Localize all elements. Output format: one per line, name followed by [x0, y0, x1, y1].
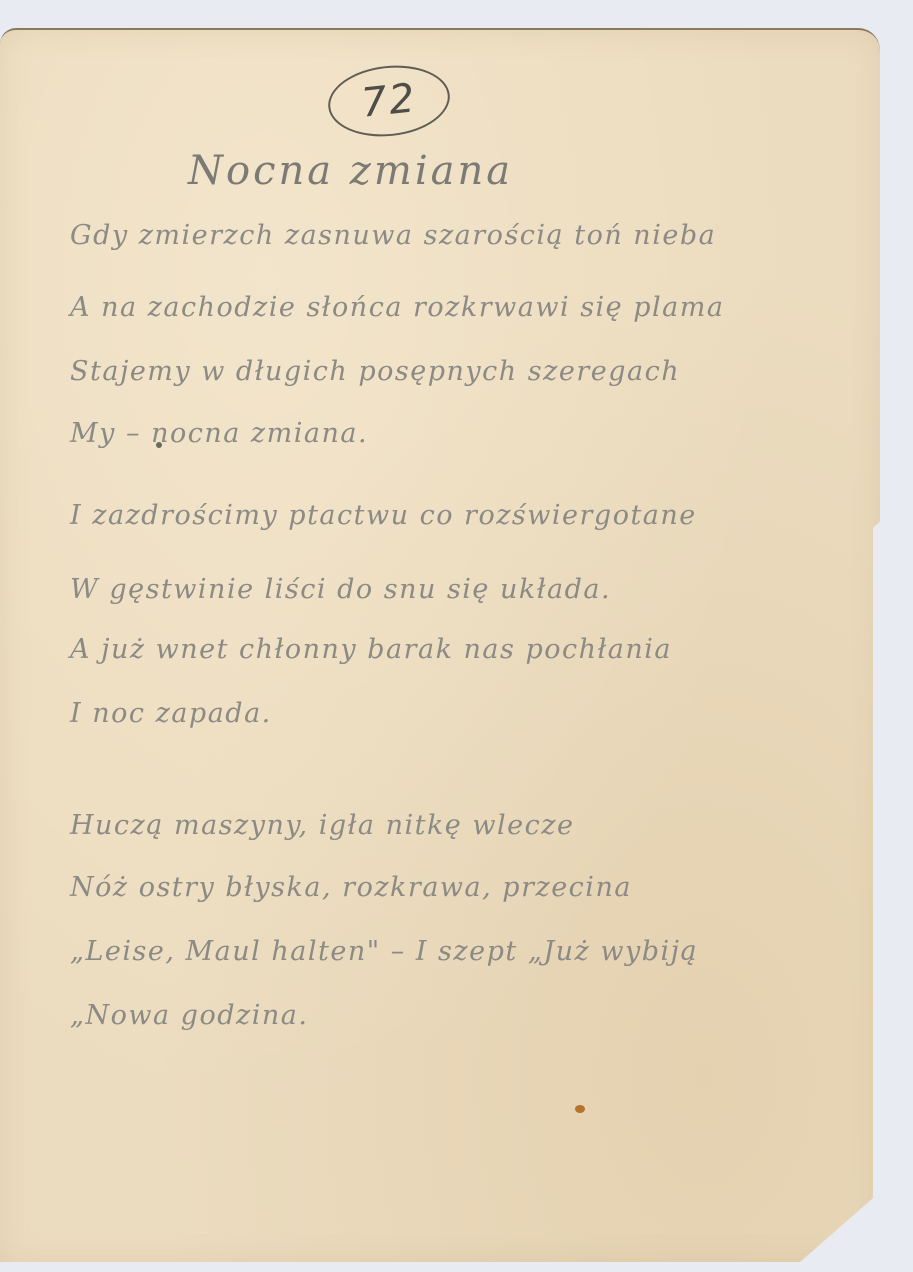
poem-line: „Nowa godzina. — [70, 1000, 308, 1031]
poem-line: Gdy zmierzch zasnuwa szarością toń nieba — [70, 220, 716, 251]
poem-line: Nóż ostry błyska, rozkrawa, przecina — [70, 872, 632, 903]
page-number: 72 — [359, 75, 418, 126]
poem-line: My – nocna zmiana. — [70, 418, 368, 449]
poem-line: Huczą maszyny, igła nitkę wlecze — [70, 810, 574, 841]
poem-line: W gęstwinie liści do snu się układa. — [70, 574, 611, 605]
manuscript-page: 72 Nocna zmiana Gdy zmierzch zasnuwa sza… — [0, 28, 880, 1262]
poem-title: Nocna zmiana — [188, 148, 513, 194]
poem-line: I noc zapada. — [70, 698, 272, 729]
pencil-dot — [156, 442, 162, 448]
paper-stain — [575, 1105, 585, 1113]
poem-line: Stajemy w długich posępnych szeregach — [70, 356, 680, 387]
poem-line: „Leise, Maul halten" – I szept „Już wybi… — [70, 936, 698, 967]
page-number-circled: 72 — [325, 60, 454, 142]
poem-line: I zazdrościmy ptactwu co rozświergotane — [70, 500, 697, 531]
poem-line: A już wnet chłonny barak nas pochłania — [70, 634, 672, 665]
poem-line: A na zachodzie słońca rozkrwawi się plam… — [70, 292, 724, 323]
